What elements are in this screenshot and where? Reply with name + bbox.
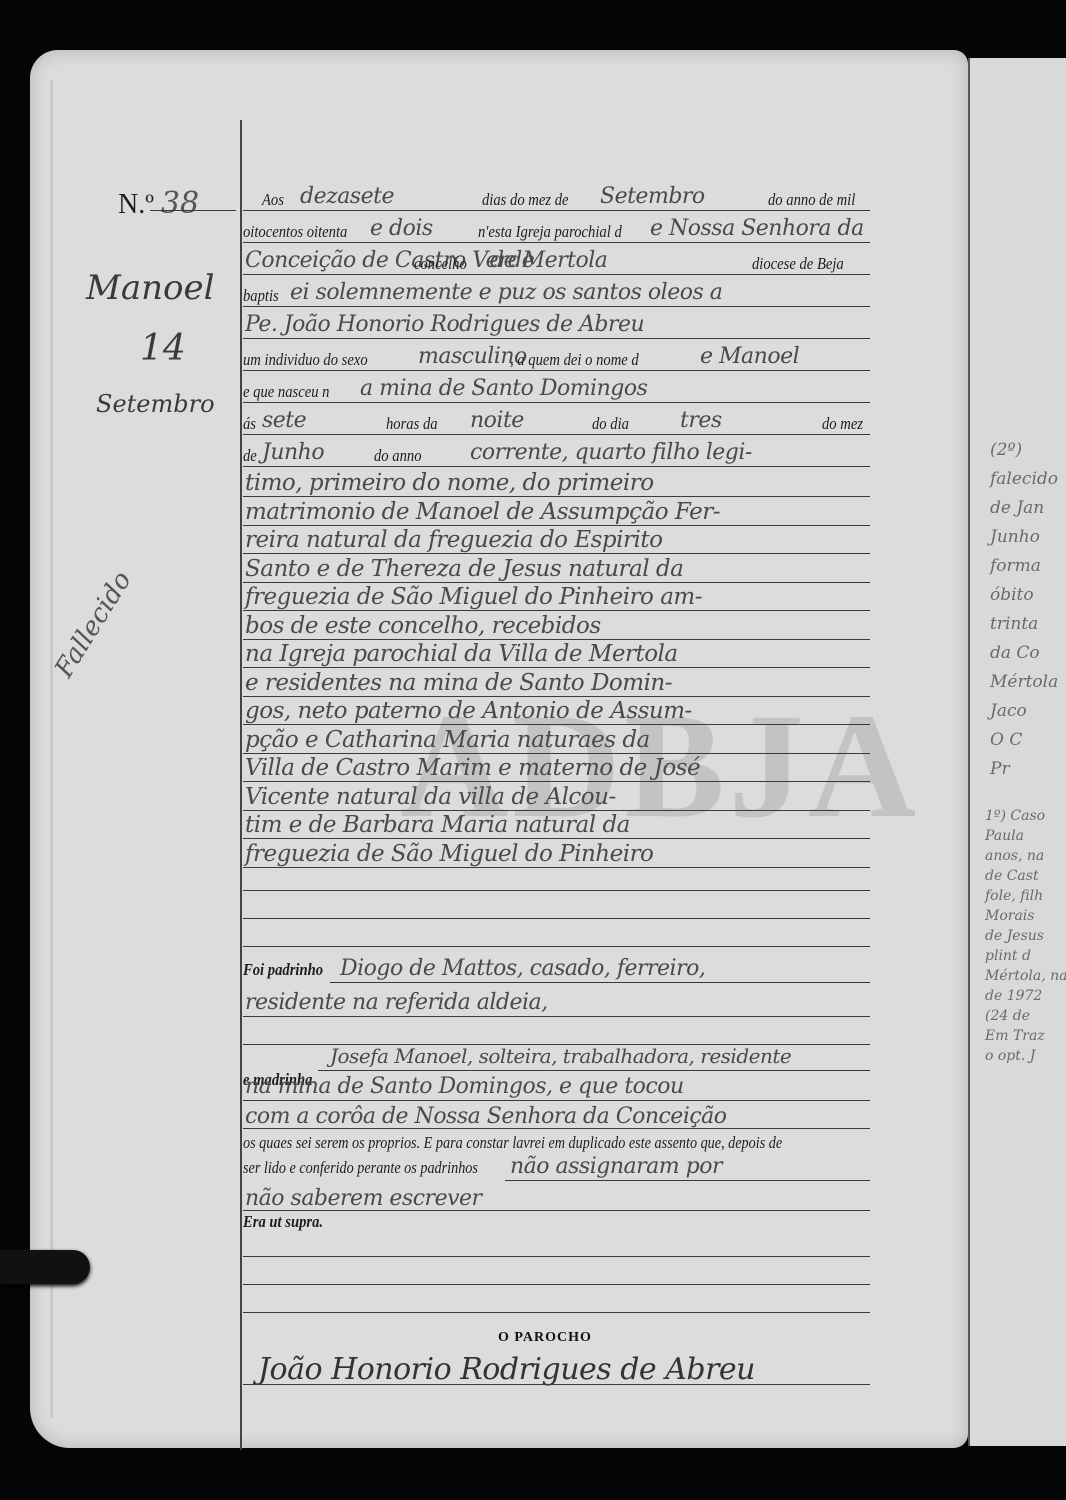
rule — [243, 1384, 870, 1385]
rule — [505, 1180, 870, 1181]
rule — [243, 696, 870, 697]
rule — [243, 724, 870, 725]
handwritten-entry: a mina de Santo Domingos — [360, 376, 647, 401]
adjacent-note: Em Traz — [985, 1028, 1045, 1044]
rule — [150, 210, 236, 211]
handwritten-entry: Junho — [262, 440, 324, 465]
rule — [243, 867, 870, 868]
adjacent-note: falecido — [990, 469, 1058, 489]
printed-text: diocese de Beja — [752, 254, 844, 274]
handwritten-entry: e Nossa Senhora da — [650, 216, 864, 241]
printed-text: ás — [243, 414, 256, 434]
rule — [243, 639, 870, 640]
printed-text: do anno de mil — [768, 190, 855, 210]
adjacent-note: de Cast — [985, 868, 1039, 884]
rule — [243, 274, 870, 275]
rule — [330, 982, 870, 983]
adjacent-note: Morais — [985, 908, 1034, 924]
rule — [243, 890, 870, 891]
handwritten-entry: corrente, quarto filho legi- — [470, 440, 752, 465]
book-spine — [968, 58, 970, 1446]
rule — [243, 838, 870, 839]
adjacent-note: óbito — [990, 585, 1034, 605]
printed-text: Aos — [262, 190, 284, 210]
adjacent-note: trinta — [990, 614, 1038, 634]
printed-text: baptis — [243, 286, 279, 306]
printed-text: concelho — [414, 254, 467, 274]
adjacent-note: Mértola — [990, 672, 1058, 692]
adjacent-note: o opt. J — [985, 1048, 1035, 1064]
body-line: freguezia de São Miguel do Pinheiro — [245, 841, 653, 867]
adjacent-note: de Jan — [990, 498, 1044, 518]
body-line: tim e de Barbara Maria natural da — [245, 812, 630, 838]
handwritten-entry: e Manoel — [700, 344, 799, 369]
closing-handwriting-1: não assignaram por — [510, 1154, 722, 1179]
printed-text: n'esta Igreja parochial d — [478, 222, 622, 242]
body-line: Vicente natural da villa de Alcou- — [245, 784, 616, 810]
adjacent-note: (2º) — [990, 440, 1022, 460]
rule — [243, 434, 870, 435]
padrinho-line-1: Diogo de Mattos, casado, ferreiro, — [340, 956, 705, 981]
closing-text-2: ser lido e conferido perante os padrinho… — [243, 1158, 478, 1178]
margin-day: 14 — [140, 328, 186, 369]
rule — [243, 1210, 870, 1211]
margin-name: Manoel — [86, 268, 214, 308]
body-line: Villa de Castro Marim e materno de José — [245, 755, 700, 781]
printed-text: e que nasceu n — [243, 382, 329, 402]
printed-text: de — [243, 446, 257, 466]
rule — [243, 553, 870, 554]
rule — [243, 1128, 870, 1129]
rule — [243, 753, 870, 754]
body-line: timo, primeiro do nome, do primeiro — [245, 470, 654, 496]
era-ut-supra: Era ut supra. — [243, 1212, 323, 1232]
adjacent-note: da Co — [990, 643, 1040, 663]
rule — [318, 1070, 870, 1071]
handwritten-entry: Setembro — [600, 184, 705, 209]
padrinho-line-2: residente na referida aldeia, — [245, 990, 548, 1015]
body-line: gos, neto paterno de Antonio de Assum- — [245, 698, 692, 724]
handwritten-entry: e dois — [370, 216, 433, 241]
rule — [243, 525, 870, 526]
rule — [243, 946, 870, 947]
body-line: reira natural da freguezia do Espirito — [245, 527, 662, 553]
printed-text: horas da — [386, 414, 438, 434]
printed-text: , a quem dei o nome d — [510, 350, 639, 370]
printed-text: do dia — [592, 414, 629, 434]
body-line: na Igreja parochial da Villa de Mertola — [245, 641, 678, 667]
rule — [243, 242, 870, 243]
rule — [243, 210, 870, 211]
closing-handwriting-2: não saberem escrever — [245, 1186, 482, 1211]
adjacent-note: de Jesus — [985, 928, 1044, 944]
handwritten-entry: dezasete — [300, 184, 394, 209]
handwritten-entry: sete — [262, 408, 306, 433]
handwritten-entry: noite — [470, 408, 524, 433]
handwritten-entry: Pe. João Honorio Rodrigues de Abreu — [245, 312, 644, 337]
priest-signature: João Honorio Rodrigues de Abreu — [258, 1352, 755, 1387]
adjacent-note: fole, filh — [985, 888, 1043, 904]
entry-number-label: N.º — [118, 189, 154, 220]
adjacent-note: de 1972 — [985, 988, 1042, 1004]
margin-divider — [240, 120, 242, 1450]
printed-text: um individuo do sexo — [243, 350, 368, 370]
adjacent-page — [968, 58, 1066, 1446]
rule — [243, 338, 870, 339]
madrinha-line-3: com a corôa de Nossa Senhora da Conceiçã… — [245, 1104, 727, 1129]
rule — [243, 582, 870, 583]
rule — [243, 370, 870, 371]
rule — [243, 402, 870, 403]
rule — [243, 1312, 870, 1313]
rule — [243, 1100, 870, 1101]
adjacent-note: Junho — [990, 527, 1040, 547]
rule — [243, 1016, 870, 1017]
printed-text: do mez — [822, 414, 863, 434]
rule — [243, 466, 870, 467]
adjacent-note: 1º) Caso — [985, 808, 1045, 824]
madrinha-line-2: na mina de Santo Domingos, e que tocou — [245, 1074, 684, 1099]
handwritten-entry: tres — [680, 408, 722, 433]
rule — [243, 610, 870, 611]
rule — [243, 496, 870, 497]
body-line: bos de este concelho, recebidos — [245, 613, 601, 639]
rule — [243, 918, 870, 919]
adjacent-note: O C — [990, 730, 1022, 750]
entry-number: N.º 38 — [118, 186, 199, 221]
body-line: pção e Catharina Maria naturaes da — [245, 727, 650, 753]
margin-month: Setembro — [96, 390, 215, 418]
printed-text: oitocentos oitenta — [243, 222, 347, 242]
closing-text-1: os quaes sei serem os proprios. E para c… — [243, 1133, 782, 1153]
rule — [243, 1256, 870, 1257]
printed-text: do anno — [374, 446, 422, 466]
adjacent-note: Mértola, na — [985, 968, 1066, 984]
padrinho-label: Foi padrinho — [243, 960, 323, 980]
adjacent-note: plint d — [985, 948, 1031, 964]
body-line: freguezia de São Miguel do Pinheiro am- — [245, 584, 702, 610]
rule — [243, 306, 870, 307]
handwritten-entry: ei solemnemente e puz os santos oleos a — [290, 280, 722, 305]
page-edge — [50, 80, 53, 1418]
adjacent-note: forma — [990, 556, 1041, 576]
adjacent-note: (24 de — [985, 1008, 1030, 1024]
adjacent-note: Pr — [990, 759, 1010, 779]
binder-clip — [0, 1250, 90, 1284]
madrinha-line-1: Josefa Manoel, solteira, trabalhadora, r… — [330, 1044, 791, 1068]
entry-number-value: 38 — [161, 186, 199, 221]
adjacent-note: Jaco — [990, 701, 1027, 721]
adjacent-note: anos, na — [985, 848, 1044, 864]
body-line: matrimonio de Manoel de Assumpção Fer- — [245, 499, 720, 525]
printed-text: dias do mez de — [482, 190, 568, 210]
rule — [243, 667, 870, 668]
rule — [243, 810, 870, 811]
handwritten-entry: de Mertola — [490, 248, 607, 273]
signature-title: O PAROCHO — [498, 1330, 592, 1346]
rule — [243, 781, 870, 782]
adjacent-note: Paula — [985, 828, 1024, 844]
body-line: Santo e de Thereza de Jesus natural da — [245, 556, 683, 582]
body-line: e residentes na mina de Santo Domin- — [245, 670, 672, 696]
rule — [243, 1284, 870, 1285]
